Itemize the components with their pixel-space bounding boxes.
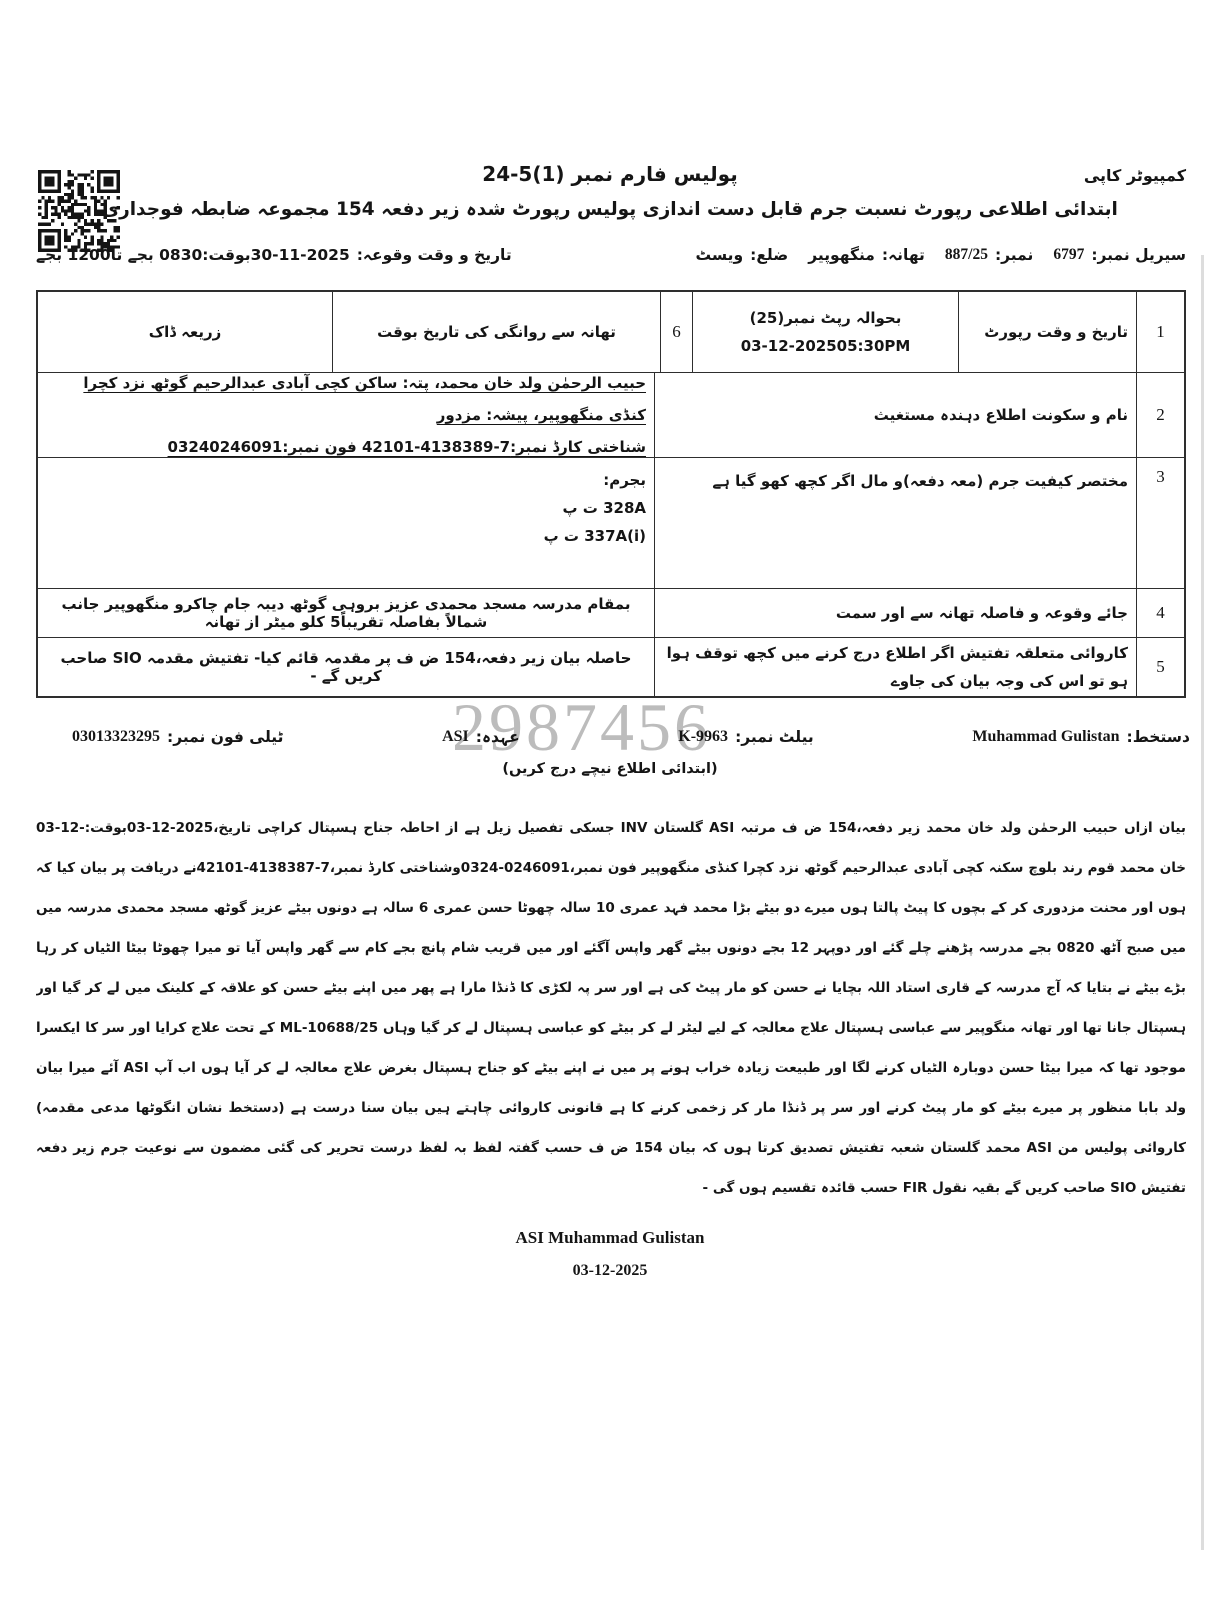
statement-line: ولد بابا منظور پر میرے بیٹے کو مار پیٹ ک… — [36, 1088, 1186, 1128]
offence-sections: بجرم: ‎328A‎ ت پ ‎337A(i)‎ ت پ — [38, 458, 654, 588]
offence-section-2: ‎337A(i)‎ ت پ — [78, 523, 646, 551]
statement-line: موجود تھا کہ میرا بیٹا حسن دوبارہ الٹیاں… — [36, 1048, 1186, 1088]
belt-number-field: بیلٹ نمبر: ‎K-9963‎ — [678, 728, 813, 746]
serial-info-group: سیریل نمبر: 6797 نمبر: 887/25 تھانہ: منگ… — [695, 246, 1186, 264]
computer-copy-label: کمپیوٹر کاپی — [1084, 166, 1186, 185]
fir-number: نمبر: 887/25 — [945, 246, 1033, 264]
row-number-secondary: 6 — [660, 292, 692, 372]
informant-name-address-line: حبیب الرحمٰن ولد خان محمد، پتہ: ساکن کچی… — [46, 373, 646, 431]
telephone-value: 03013323295 — [72, 728, 160, 746]
report-ref-line: بحوالہ رپٹ نمبر(25) — [701, 304, 950, 333]
report-datetime-line: ‎03-12-202505:30PM‎ — [701, 332, 950, 361]
form-main-title: ابتدائی اطلاعی رپورٹ نسبت جرم قابل دست ا… — [0, 199, 1220, 220]
telephone-field: ٹیلی فون نمبر: 03013323295 — [72, 728, 283, 746]
serial-value: 6797 — [1053, 246, 1084, 264]
report-datetime-value: بحوالہ رپٹ نمبر(25) ‎03-12-202505:30PM‎ — [692, 292, 958, 372]
dispatch-datetime-label: تھانہ سے روانگی کی تاریخ بوقت — [332, 292, 660, 372]
scan-artifact-line — [1201, 255, 1204, 1550]
investigation-label: کاروائی متعلقہ تفتیش اگر اطلاع درج کرنے … — [654, 638, 1136, 696]
statement-line: تفتیش ‎SIO‎ صاحب کریں گے بقیہ نقول ‎FIR‎… — [36, 1168, 1186, 1208]
statement-line: ہوں اور محنت مزدوری کر کے بچوں کا پیٹ پا… — [36, 888, 1186, 928]
row-number: 1 — [1136, 292, 1184, 372]
report-datetime-label: تاریخ و وقت رپورٹ — [958, 292, 1136, 372]
district-label: ضلع: — [750, 246, 788, 264]
form-header: پولیس فارم نمبر ‎24-5(1)‎ ابتدائی اطلاعی… — [0, 0, 1220, 220]
signature-label: دستخط: — [1127, 728, 1191, 746]
belt-number-label: بیلٹ نمبر: — [735, 728, 814, 746]
rank-label: عہدہ: — [476, 728, 520, 746]
district: ضلع: ویسٹ — [695, 246, 788, 264]
statement-body: بیان ازاں حبیب الرحمٰن ولد خان محمد زیر … — [36, 808, 1186, 1208]
police-station: تھانہ: منگھوپیر — [808, 246, 925, 264]
police-station-value: منگھوپیر — [808, 246, 875, 264]
district-value: ویسٹ — [695, 246, 743, 264]
table-row-place-of-occurrence: 4 جائے وقوعہ و فاصلہ تھانہ سے اور سمت بم… — [38, 588, 1184, 637]
telephone-label: ٹیلی فون نمبر: — [167, 728, 283, 746]
table-row-offence: 3 مختصر کیفیت جرم (معہ دفعہ)و مال اگر کچ… — [38, 457, 1184, 588]
serial-number: سیریل نمبر: 6797 — [1053, 246, 1186, 264]
statement-line: ہسپتال جانا تھا اور تھانہ منگوپیر سے عبا… — [36, 1008, 1186, 1048]
meta-row: سیریل نمبر: 6797 نمبر: 887/25 تھانہ: منگ… — [0, 246, 1220, 264]
offence-section-1: ‎328A‎ ت پ — [78, 495, 646, 523]
statement-line: میں صبح آٹھ 0820 بجے مدرسہ پڑھنے چلے گئے… — [36, 928, 1186, 968]
signature-field: دستخط: Muhammad Gulistan — [972, 728, 1190, 746]
table-row-informant: 2 نام و سکونت اطلاع دہندہ مستغیث حبیب ال… — [38, 372, 1184, 457]
statement-line: کاروائی پولیس من ‎ASI‎ محمد گلستان شعبہ … — [36, 1128, 1186, 1168]
informant-label: نام و سکونت اطلاع دہندہ مستغیث — [654, 373, 1136, 457]
signature-row: دستخط: Muhammad Gulistan بیلٹ نمبر: ‎K-9… — [0, 728, 1220, 746]
row-number: 5 — [1136, 638, 1184, 696]
form-number-title: پولیس فارم نمبر ‎24-5(1)‎ — [0, 162, 1220, 186]
offence-heading: بجرم: — [78, 467, 646, 495]
rank-field: عہدہ: ASI — [442, 728, 520, 746]
police-station-label: تھانہ: — [882, 246, 925, 264]
statement-line: بیان ازاں حبیب الرحمٰن ولد خان محمد زیر … — [36, 808, 1186, 848]
belt-number-value: ‎K-9963‎ — [678, 728, 728, 746]
qr-code-icon — [38, 170, 120, 252]
row-number: 3 — [1136, 458, 1184, 588]
fir-number-value: 887/25 — [945, 246, 988, 264]
occurrence-label: تاریخ و وقت وقوعہ: — [357, 246, 512, 264]
table-row-report-datetime: 1 تاریخ و وقت رپورٹ بحوالہ رپٹ نمبر(25) … — [38, 292, 1184, 372]
place-label: جائے وقوعہ و فاصلہ تھانہ سے اور سمت — [654, 589, 1136, 637]
statement-line: بڑے بیٹے نے بتایا کہ آج مدرسہ کے قاری اس… — [36, 968, 1186, 1008]
fir-number-label: نمبر: — [995, 246, 1033, 264]
footer-officer-name: ASI Muhammad Gulistan — [0, 1228, 1220, 1248]
serial-label: سیریل نمبر: — [1091, 246, 1186, 264]
footer-date: 03-12-2025 — [0, 1262, 1220, 1280]
row-number: 2 — [1136, 373, 1184, 457]
footer-signature-block: ASI Muhammad Gulistan 03-12-2025 — [0, 1228, 1220, 1280]
fir-document-page: کمپیوٹر کاپی پولیس فارم نمبر ‎24-5(1)‎ ا… — [0, 0, 1220, 1600]
dispatch-method-value: زریعہ ڈاک — [38, 292, 332, 372]
statement-line: خان محمد قوم رند بلوچ سکنہ کچی آبادی عبد… — [36, 848, 1186, 888]
signature-value: Muhammad Gulistan — [972, 728, 1119, 746]
fir-table: 1 تاریخ و وقت رپورٹ بحوالہ رپٹ نمبر(25) … — [36, 290, 1186, 698]
informant-cnic-phone-line: شناختی کارڈ نمبر:‎42101-4138389-7‎ فون ن… — [46, 431, 646, 457]
offence-label: مختصر کیفیت جرم (معہ دفعہ)و مال اگر کچھ … — [654, 458, 1136, 588]
place-value: بمقام مدرسہ مسجد محمدی عزیز بروہی گوٹھ د… — [38, 589, 654, 637]
row-number: 4 — [1136, 589, 1184, 637]
informant-details: حبیب الرحمٰن ولد خان محمد، پتہ: ساکن کچی… — [38, 373, 654, 457]
rank-value: ASI — [442, 728, 469, 746]
